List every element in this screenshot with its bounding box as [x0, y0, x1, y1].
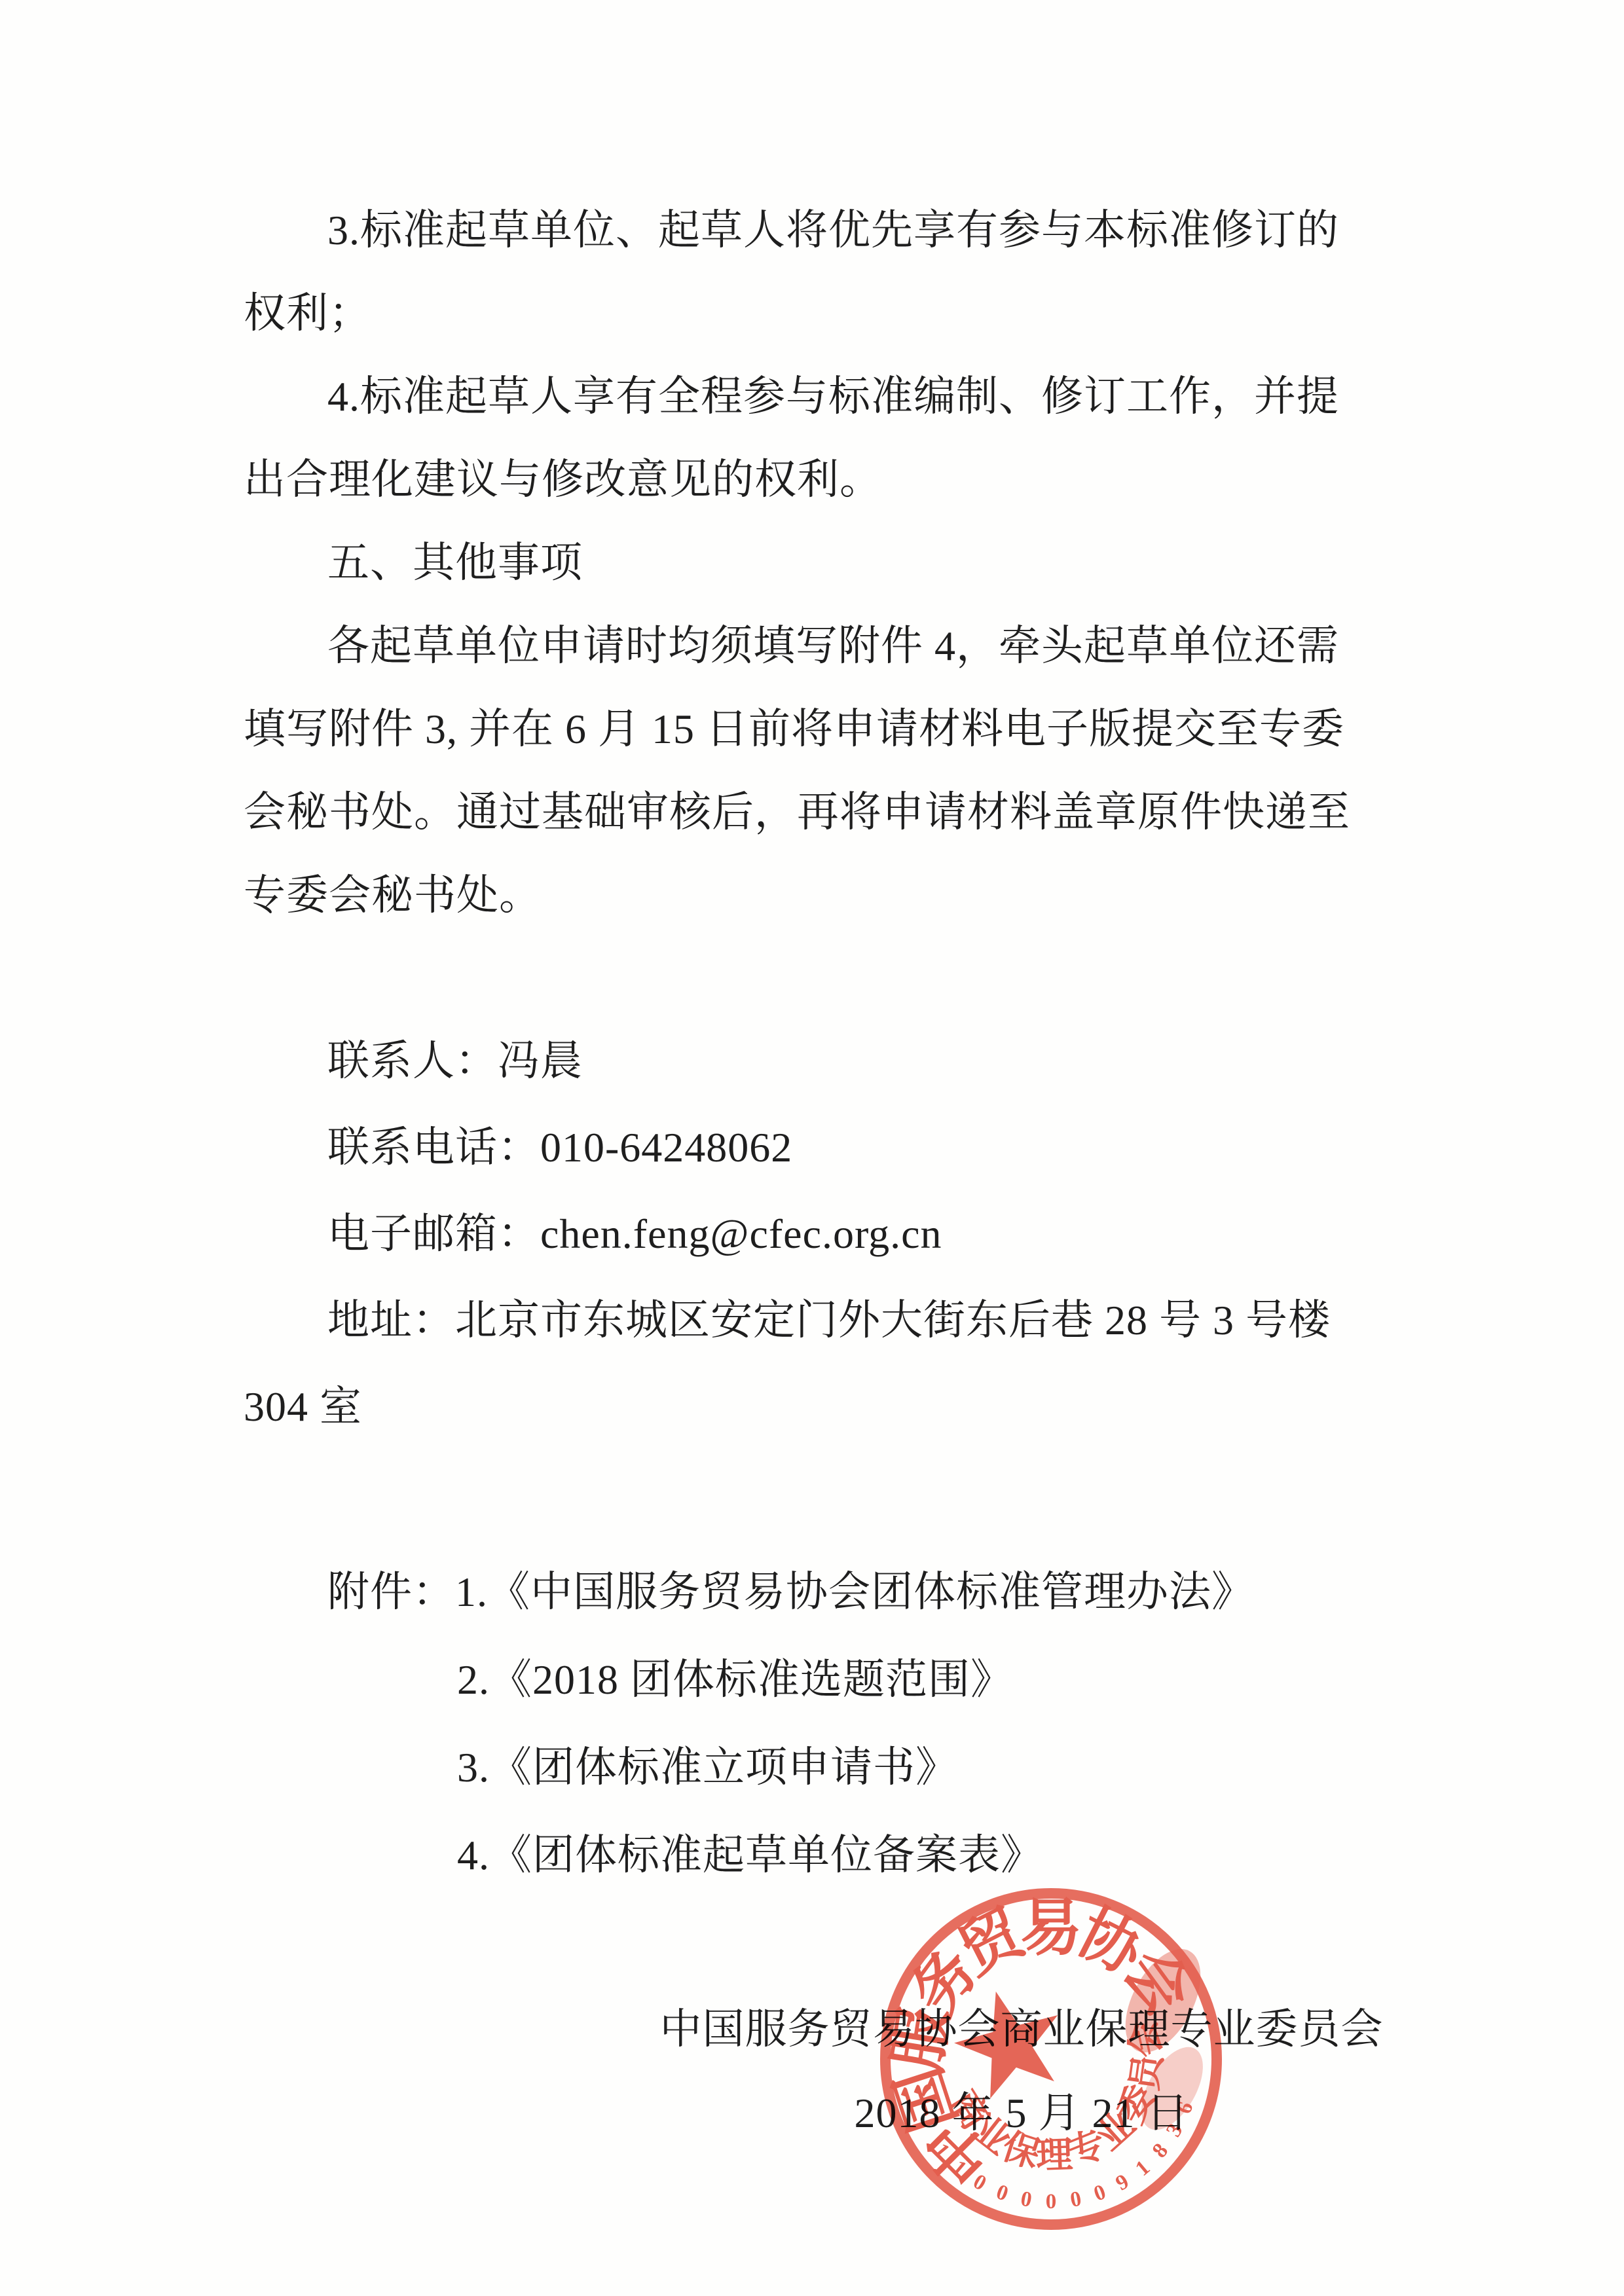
seal-serial-digit: 0 — [1019, 2187, 1034, 2212]
attachment-item: 3.《团体标准立项申请书》 — [244, 1724, 1388, 1812]
body-line: 出合理化建议与修改意见的权利。 — [244, 438, 1388, 521]
contact-block: 联系人：冯晨 联系电话：010-64248062 电子邮箱：chen.feng@… — [244, 1018, 1388, 1450]
body-line: 3.标准起草单位、起草人将优先享有参与本标准修订的 — [244, 189, 1388, 272]
seal-serial-digit: 1 — [1131, 2156, 1154, 2181]
body-line: 4.标准起草人享有全程参与标准编制、修订工作，并提 — [244, 355, 1388, 438]
contact-person-line: 联系人：冯晨 — [244, 1018, 1388, 1104]
seal-serial-digit: 0 — [1046, 2190, 1057, 2214]
contact-email-line: 电子邮箱：chen.feng@cfec.org.cn — [244, 1191, 1388, 1277]
attachment-item: 4.《团体标准起草单位备案表》 — [244, 1812, 1388, 1899]
seal-serial-digit: 1 — [948, 2156, 971, 2181]
seal-serial-digit: 0 — [1091, 2180, 1109, 2206]
closing-organization: 中国服务贸易协会商业保理专业委员会 — [419, 1988, 1624, 2071]
attachment-item: 2.《2018 团体标准选题范围》 — [244, 1636, 1388, 1724]
seal-serial-digit: 0 — [993, 2180, 1012, 2206]
section-heading: 五、其他事项 — [244, 521, 1388, 604]
body-line: 权利； — [244, 272, 1388, 355]
attachments-block: 附件：1.《中国服务贸易协会团体标准管理办法》 2.《2018 团体标准选题范围… — [244, 1548, 1388, 1899]
closing-date: 2018 年 5 月 21 日 — [419, 2071, 1624, 2155]
body-line: 专委会秘书处。 — [244, 854, 1388, 937]
seal-serial-digit: 0 — [969, 2170, 990, 2195]
body-line: 各起草单位申请时均须填写附件 4，牵头起草单位还需 — [244, 604, 1388, 687]
closing-block: 中国服务贸易协会商业保理专业委员会 2018 年 5 月 21 日 — [419, 1988, 1624, 2155]
body-line: 填写附件 3, 并在 6 月 15 日前将申请材料电子版提交至专委 — [244, 687, 1388, 771]
contact-phone-line: 联系电话：010-64248062 — [244, 1104, 1388, 1191]
attachments-label-line: 附件：1.《中国服务贸易协会团体标准管理办法》 — [244, 1548, 1388, 1636]
seal-serial-digit: 0 — [1069, 2187, 1084, 2212]
seal-serial-digit: 9 — [1112, 2170, 1133, 2195]
seal-outer-char: 贸 — [948, 1897, 1037, 1988]
contact-address-wrap-line: 304 室 — [244, 1364, 1388, 1450]
seal-outer-char: 协 — [1067, 1897, 1155, 1988]
seal-outer-char: 易 — [1020, 1893, 1082, 1963]
document-body: 3.标准起草单位、起草人将优先享有参与本标准修订的 权利； 4.标准起草人享有全… — [244, 189, 1388, 1899]
scanned-document-page: 3.标准起草单位、起草人将优先享有参与本标准修订的 权利； 4.标准起草人享有全… — [0, 0, 1624, 2296]
body-line: 会秘书处。通过基础审核后，再将申请材料盖章原件快递至 — [244, 771, 1388, 854]
contact-address-line: 地址：北京市东城区安定门外大街东后巷 28 号 3 号楼 — [244, 1277, 1388, 1364]
